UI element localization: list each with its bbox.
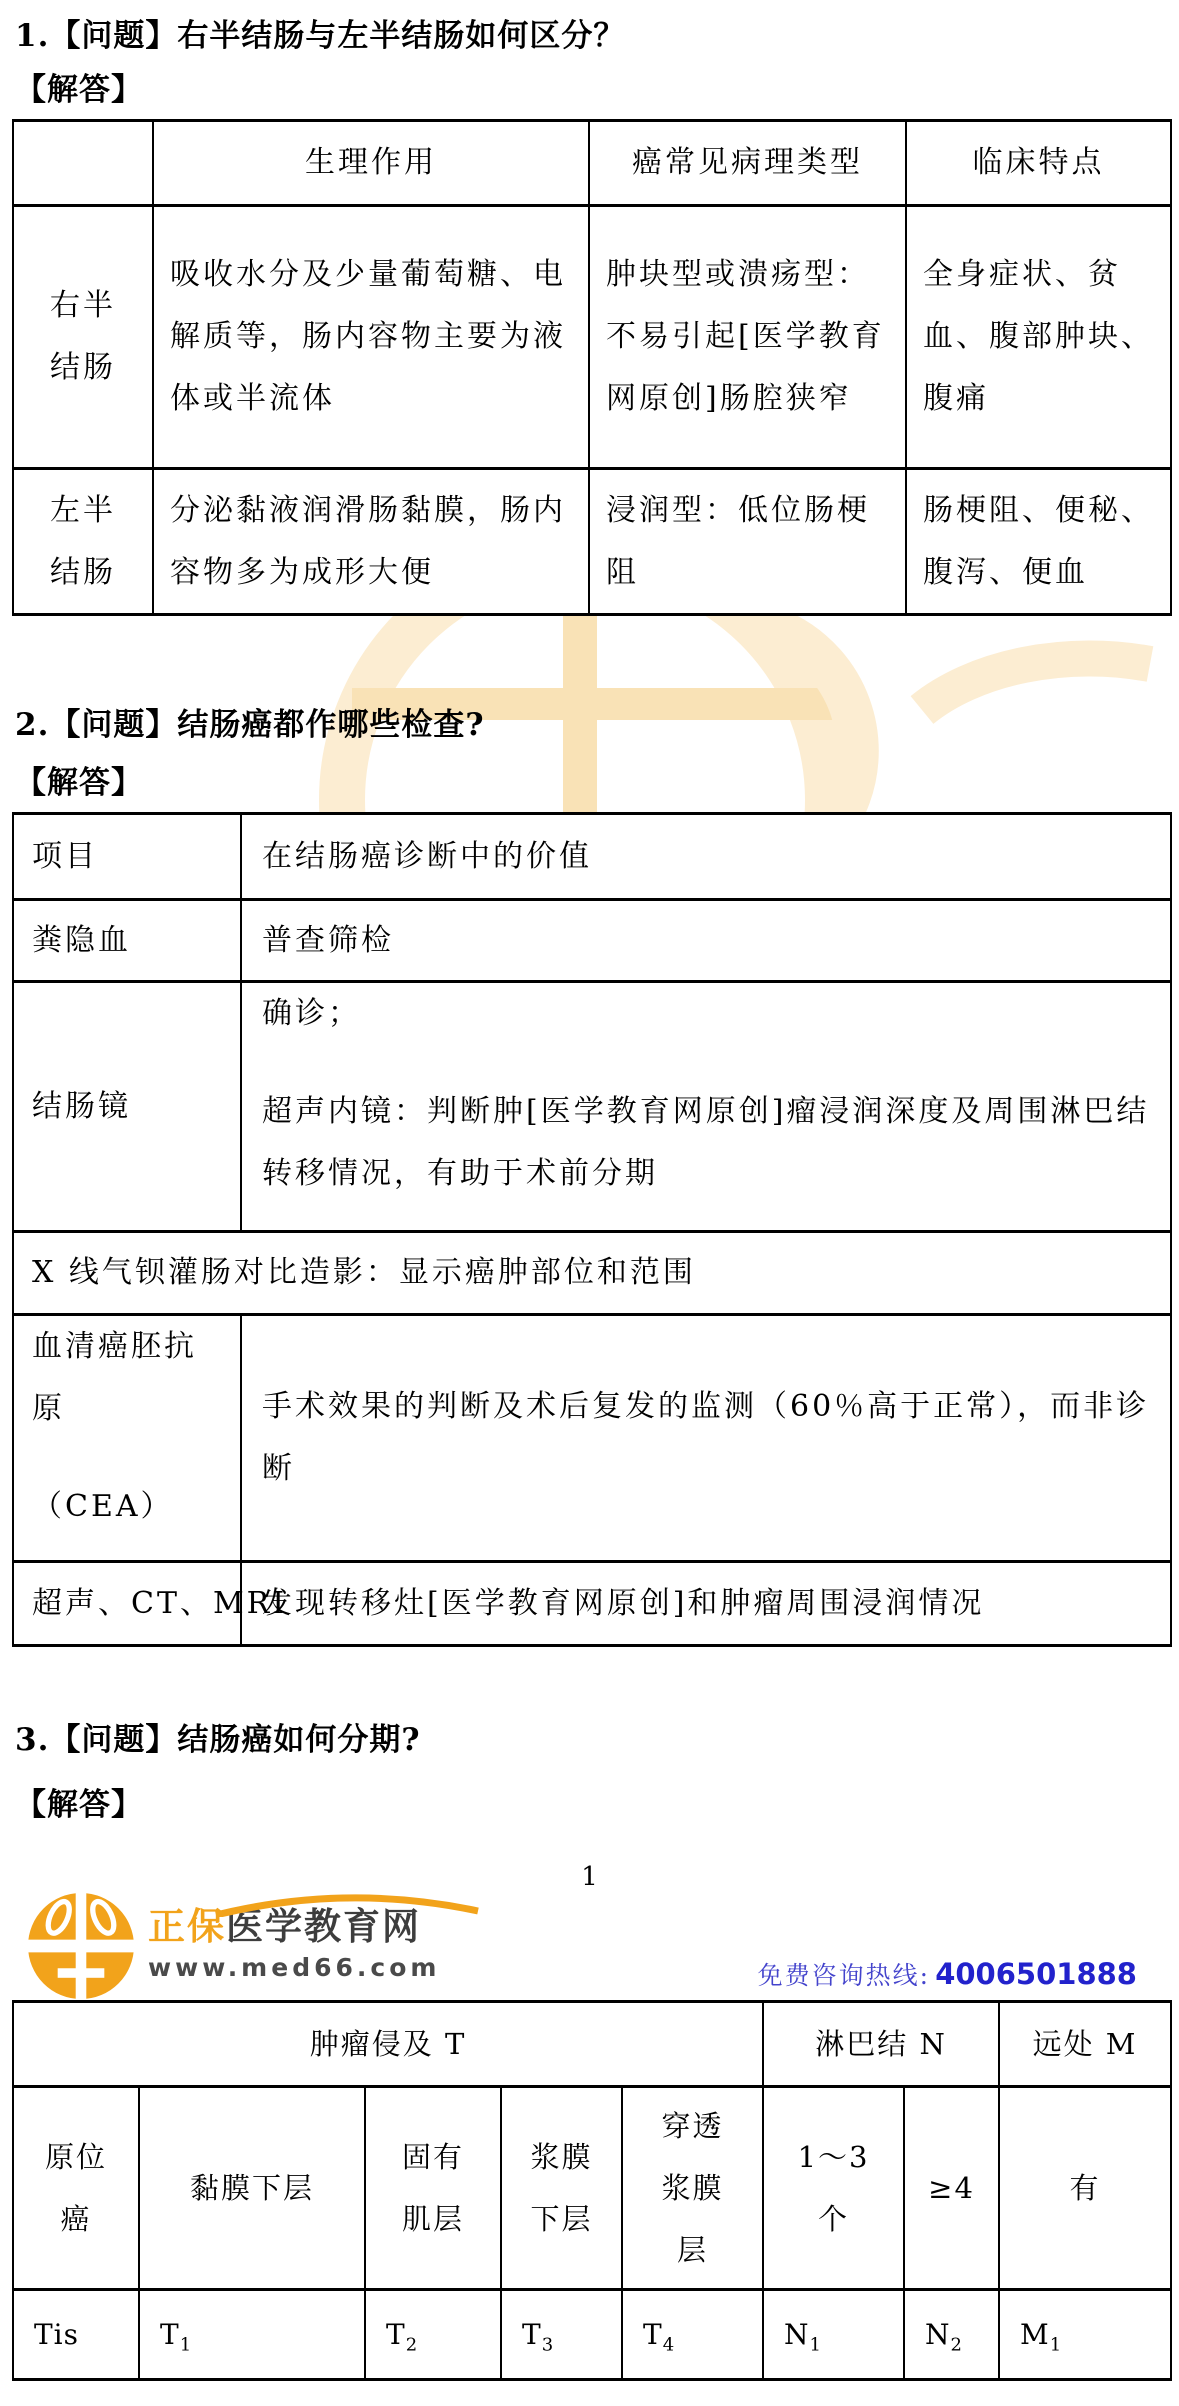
subheader-nodes-1-3: 1～3 个 [763,2087,904,2290]
subheader-through-serosa: 穿透 浆膜 层 [622,2087,763,2290]
cell-paragraph: 血清癌胚抗 原 [32,1316,224,1440]
stage-subscript: 3 [542,2334,554,2355]
subheader-metastasis-present: 有 [999,2087,1171,2290]
question-2-title: 2.【问题】结肠癌都作哪些检查? [15,699,485,744]
brand-footer: 正保医学教育网 www.med66.com [28,1893,440,1999]
tnm-staging-table: 肿瘤侵及 T 淋巴结 N 远处 M 原位 癌 黏膜下层 固有 肌层 浆膜 下层 … [12,2000,1172,2381]
table-cell: 分泌黏液润滑肠黏膜，肠内容物多为成形大便 [153,469,589,615]
stage-subscript: 2 [951,2334,963,2355]
table-row: 原位 癌 黏膜下层 固有 肌层 浆膜 下层 穿透 浆膜 层 1～3 个 ≥4 有 [13,2087,1171,2290]
table-cell: 手术效果的判断及术后复发的监测（60％高于正常），而非诊断 [241,1315,1171,1562]
stage-cell: T1 [139,2290,365,2380]
table-cell: 浸润型：低位肠梗阻 [589,469,906,615]
hotline-number: 4006501888 [935,1957,1137,1991]
stage-subscript: 4 [663,2334,675,2355]
question-1-title: 1.【问题】右半结肠与左半结肠如何区分？ [15,10,625,55]
table-row: 超声、CT、MRI 发现转移灶[医学教育网原创]和肿瘤周围浸润情况 [13,1562,1171,1646]
brand-arc-icon [212,1893,482,1917]
hotline-label: 免费咨询热线: [758,1961,930,1990]
stage-symbol: T [386,2318,406,2351]
table-row: 右半 结肠 吸收水分及少量葡萄糖、电解质等，肠内容物主要为液体或半流体 肿块型或… [13,206,1171,469]
table-cell: 确诊； 超声内镜：判断肿[医学教育网原创]瘤浸润深度及周围淋巴结转移情况，有助于… [241,982,1171,1232]
table-cell: 肿块型或溃疡型：不易引起[医学教育网原创]肠腔狭窄 [589,206,906,469]
table-row: 左半 结肠 分泌黏液润滑肠黏膜，肠内容物多为成形大便 浸润型：低位肠梗阻 肠梗阻… [13,469,1171,615]
subheader-subserosa: 浆膜 下层 [501,2087,622,2290]
cell-paragraph: （CEA） [32,1476,224,1538]
stage-subscript: 1 [180,2334,192,2355]
table-header-clinical: 临床特点 [906,121,1171,206]
subheader-submucosa: 黏膜下层 [139,2087,365,2290]
page-number: 1 [0,1862,1179,1892]
row-label-cea: 血清癌胚抗 原 （CEA） [13,1315,241,1562]
table-cell: 吸收水分及少量葡萄糖、电解质等，肠内容物主要为液体或半流体 [153,206,589,469]
cell-paragraph: 超声内镜：判断肿[医学教育网原创]瘤浸润深度及周围淋巴结转移情况，有助于术前分期 [262,1081,1154,1205]
brand-url: www.med66.com [148,1953,440,1982]
stage-symbol: T [522,2318,542,2351]
stage-cell: T2 [365,2290,501,2380]
table-header-physiology: 生理作用 [153,121,589,206]
table-row: 血清癌胚抗 原 （CEA） 手术效果的判断及术后复发的监测（60％高于正常），而… [13,1315,1171,1562]
colon-exams-table: 项目 在结肠癌诊断中的价值 粪隐血 普查筛检 结肠镜 确诊； 超声内镜：判断肿[… [12,812,1172,1647]
stage-subscript: 2 [406,2334,418,2355]
stage-symbol: Tis [34,2318,79,2351]
row-barium-enema: X 线气钡灌肠对比造影：显示癌肿部位和范围 [13,1232,1171,1315]
table-row: Tis T1 T2 T3 T4 N1 N2 M1 [13,2290,1171,2380]
table-row: 粪隐血 普查筛检 [13,900,1171,982]
table-row: 生理作用 癌常见病理类型 临床特点 [13,121,1171,206]
brand-wordmark: 正保医学教育网 www.med66.com [148,1893,440,1982]
table-cell: 肠梗阻、便秘、腹泻、便血 [906,469,1171,615]
table-cell: 全身症状、贫血、腹部肿块、腹痛 [906,206,1171,469]
answer-label-2: 【解答】 [15,757,143,802]
table-row: X 线气钡灌肠对比造影：显示癌肿部位和范围 [13,1232,1171,1315]
stage-symbol: T [160,2318,180,2351]
row-label-occult-blood: 粪隐血 [13,900,241,982]
table-cell: 普查筛检 [241,900,1171,982]
cell-paragraph: 确诊； [262,983,1154,1045]
stage-symbol: N [925,2318,951,2351]
stage-symbol: N [784,2318,810,2351]
row-label-imaging: 超声、CT、MRI [13,1562,241,1646]
row-label-item: 项目 [13,814,241,900]
subheader-muscularis: 固有 肌层 [365,2087,501,2290]
stage-symbol: T [643,2318,663,2351]
group-header-tumor-t: 肿瘤侵及 T [13,2002,763,2087]
row-label-left-colon: 左半 结肠 [13,469,153,615]
stage-cell: N2 [904,2290,999,2380]
stage-subscript: 1 [1050,2334,1062,2355]
answer-label-1: 【解答】 [15,64,143,109]
document-page: 1.【问题】右半结肠与左半结肠如何区分？ 【解答】 生理作用 癌常见病理类型 临… [0,0,1179,2406]
row-label-colonoscopy: 结肠镜 [13,982,241,1232]
colon-comparison-table: 生理作用 癌常见病理类型 临床特点 右半 结肠 吸收水分及少量葡萄糖、电解质等，… [12,119,1172,616]
table-row: 肿瘤侵及 T 淋巴结 N 远处 M [13,2002,1171,2087]
subheader-carcinoma-in-situ: 原位 癌 [13,2087,139,2290]
hotline: 免费咨询热线: 4006501888 [758,1956,1137,1992]
stage-cell: N1 [763,2290,904,2380]
group-header-metastasis-m: 远处 M [999,2002,1171,2087]
table-header-pathology: 癌常见病理类型 [589,121,906,206]
brand-logo-icon [28,1893,134,1999]
table-cell [13,121,153,206]
table-cell: 在结肠癌诊断中的价值 [241,814,1171,900]
table-row: 结肠镜 确诊； 超声内镜：判断肿[医学教育网原创]瘤浸润深度及周围淋巴结转移情况… [13,982,1171,1232]
table-cell: 发现转移灶[医学教育网原创]和肿瘤周围浸润情况 [241,1562,1171,1646]
table-row: 项目 在结肠癌诊断中的价值 [13,814,1171,900]
answer-label-3: 【解答】 [15,1779,143,1824]
stage-cell: M1 [999,2290,1171,2380]
stage-cell: Tis [13,2290,139,2380]
stage-symbol: M [1020,2318,1050,2351]
stage-cell: T4 [622,2290,763,2380]
subheader-nodes-ge4: ≥4 [904,2087,999,2290]
stage-cell: T3 [501,2290,622,2380]
group-header-node-n: 淋巴结 N [763,2002,999,2087]
question-3-title: 3.【问题】结肠癌如何分期? [15,1714,421,1759]
stage-subscript: 1 [810,2334,822,2355]
row-label-right-colon: 右半 结肠 [13,206,153,469]
